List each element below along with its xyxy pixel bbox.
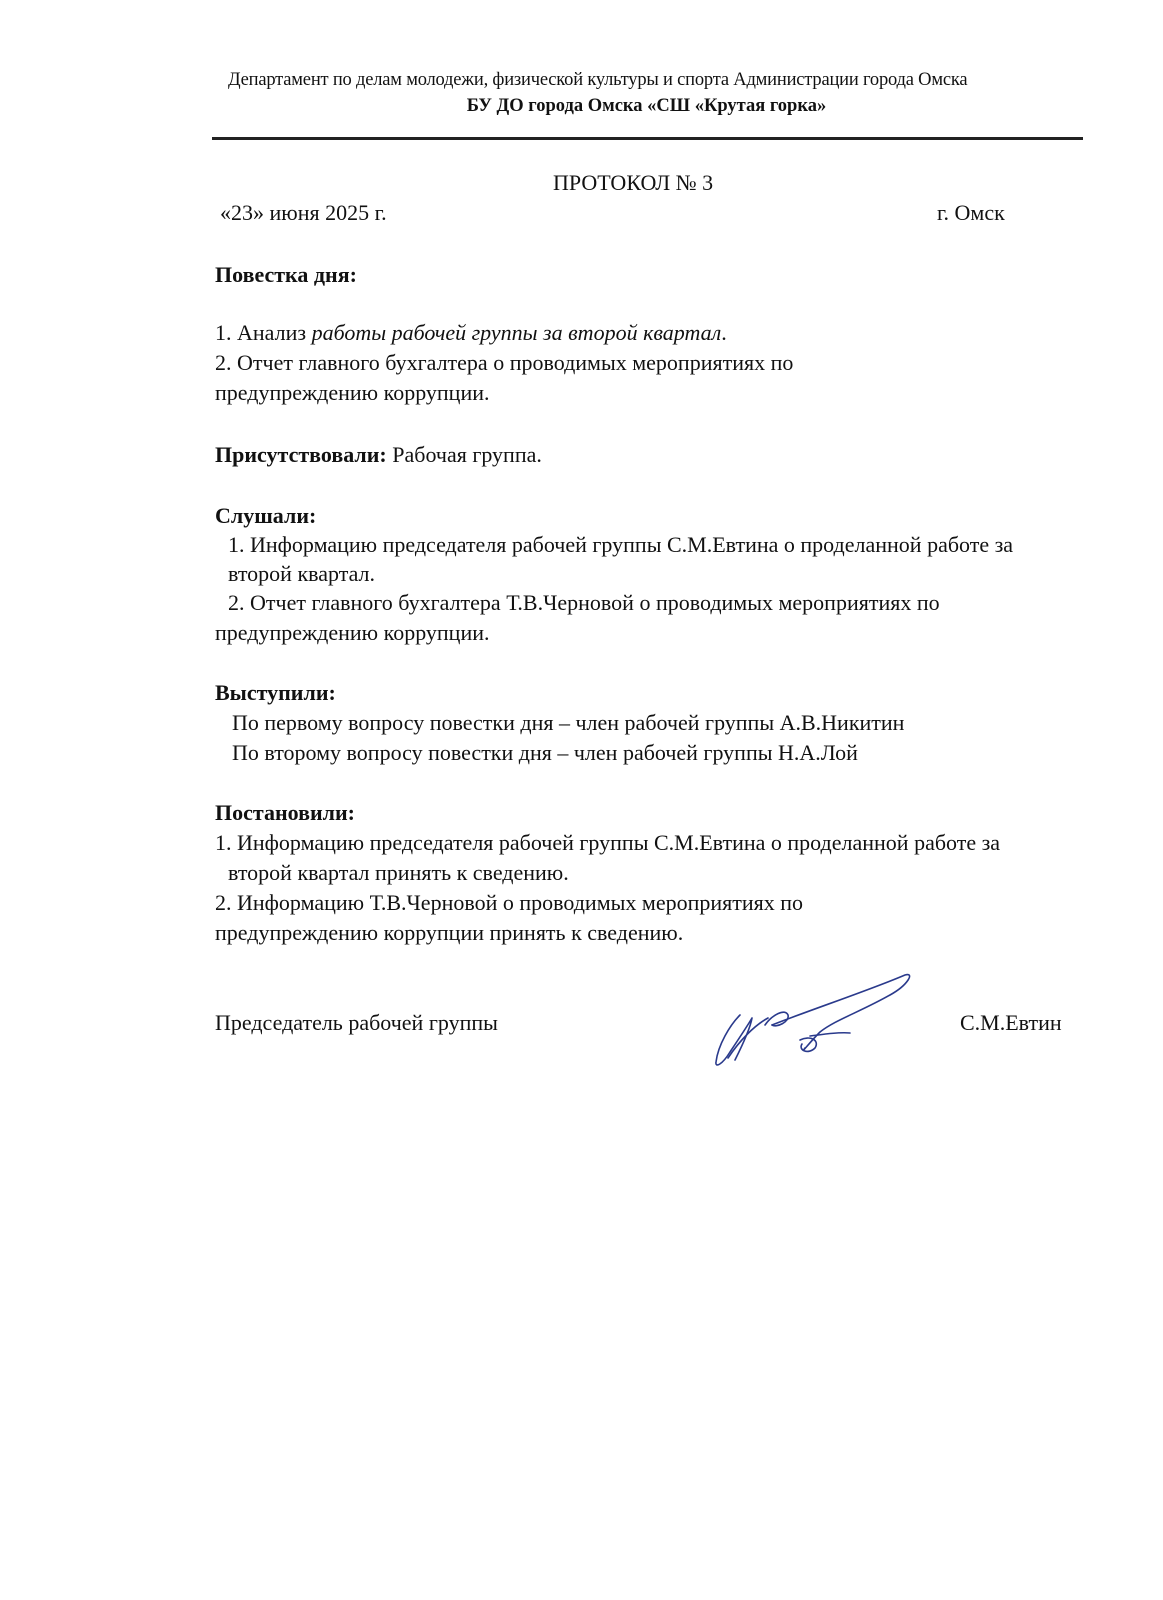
signature-name: С.М.Евтин: [960, 1010, 1062, 1036]
protocol-date: «23» июня 2025 г.: [220, 200, 387, 226]
resolved-line-2: второй квартал принять к сведению.: [228, 860, 569, 886]
agenda-item-1-prefix: 1. Анализ: [215, 320, 312, 345]
heard-line-3: 2. Отчет главного бухгалтера Т.В.Черново…: [228, 590, 940, 616]
present-line: Присутствовали: Рабочая группа.: [215, 442, 542, 468]
spoke-line-1: По первому вопросу повестки дня – член р…: [232, 710, 904, 736]
heard-line-2: второй квартал.: [228, 561, 375, 587]
header-divider: [212, 137, 1083, 140]
agenda-heading: Повестка дня:: [215, 262, 357, 288]
agenda-item-2-line-1: 2. Отчет главного бухгалтера о проводимы…: [215, 350, 793, 376]
spoke-heading: Выступили:: [215, 680, 336, 706]
spoke-line-2: По второму вопросу повестки дня – член р…: [232, 740, 858, 766]
protocol-title: ПРОТОКОЛ № 3: [553, 170, 713, 196]
handwritten-signature-icon: [710, 970, 920, 1070]
agenda-item-1: 1. Анализ работы рабочей группы за второ…: [215, 320, 727, 346]
agenda-item-1-suffix: .: [721, 320, 727, 345]
resolved-line-4: предупреждению коррупции принять к сведе…: [215, 920, 683, 946]
organization-name: БУ ДО города Омска «СШ «Крутая горка»: [467, 96, 826, 117]
agenda-item-1-italic: работы рабочей группы за второй квартал: [312, 320, 722, 345]
resolved-line-3: 2. Информацию Т.В.Черновой о проводимых …: [215, 890, 803, 916]
protocol-city: г. Омск: [937, 200, 1005, 226]
signature-role: Председатель рабочей группы: [215, 1010, 498, 1036]
resolved-line-1: 1. Информацию председателя рабочей групп…: [215, 830, 1000, 856]
agenda-item-2-line-2: предупреждению коррупции.: [215, 380, 490, 406]
department-header: Департамент по делам молодежи, физическо…: [228, 70, 967, 91]
resolved-heading: Постановили:: [215, 800, 355, 826]
present-label: Присутствовали:: [215, 442, 387, 467]
heard-line-1: 1. Информацию председателя рабочей групп…: [228, 532, 1013, 558]
heard-line-4: предупреждению коррупции.: [215, 620, 490, 646]
present-value: Рабочая группа.: [387, 442, 542, 467]
heard-heading: Слушали:: [215, 503, 316, 529]
organization-header: БУ ДО города Омска «СШ «Крутая горка»: [0, 96, 1163, 117]
